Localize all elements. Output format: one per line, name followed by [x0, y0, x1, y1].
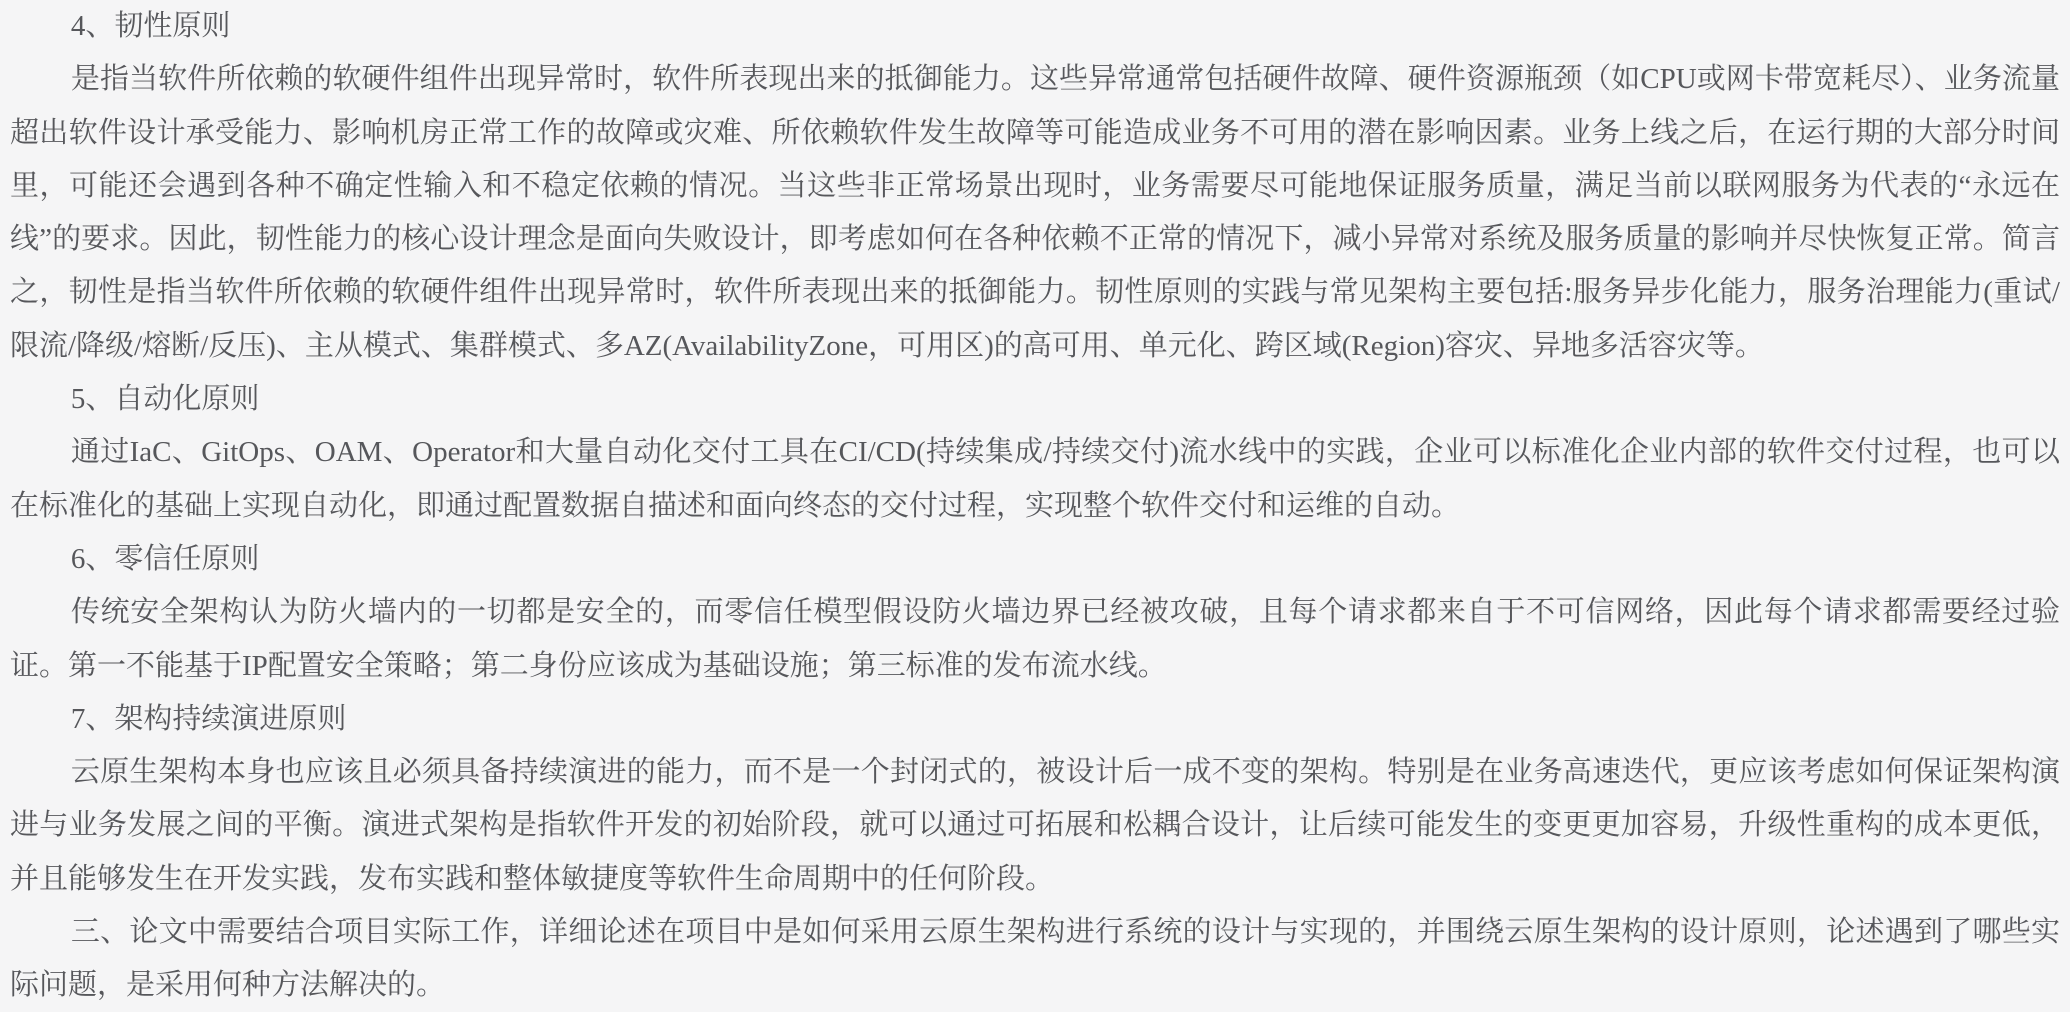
- document-page: 4、韧性原则 是指当软件所依赖的软硬件组件出现异常时，软件所表现出来的抵御能力。…: [0, 0, 2070, 1012]
- section-heading-automation: 5、自动化原则: [10, 373, 2060, 426]
- paragraph-zero-trust: 传统安全架构认为防火墙内的一切都是安全的，而零信任模型假设防火墙边界已经被攻破，…: [10, 586, 2060, 693]
- section-heading-resilience: 4、韧性原则: [10, 0, 2060, 53]
- paragraph-thesis-requirement: 三、论文中需要结合项目实际工作，详细论述在项目中是如何采用云原生架构进行系统的设…: [10, 906, 2060, 1012]
- paragraph-automation: 通过IaC、GitOps、OAM、Operator和大量自动化交付工具在CI/C…: [10, 426, 2060, 533]
- paragraph-resilience: 是指当软件所依赖的软硬件组件出现异常时，软件所表现出来的抵御能力。这些异常通常包…: [10, 53, 2060, 373]
- section-heading-architecture-evolution: 7、架构持续演进原则: [10, 693, 2060, 746]
- section-heading-zero-trust: 6、零信任原则: [10, 533, 2060, 586]
- paragraph-architecture-evolution: 云原生架构本身也应该且必须具备持续演进的能力，而不是一个封闭式的，被设计后一成不…: [10, 746, 2060, 906]
